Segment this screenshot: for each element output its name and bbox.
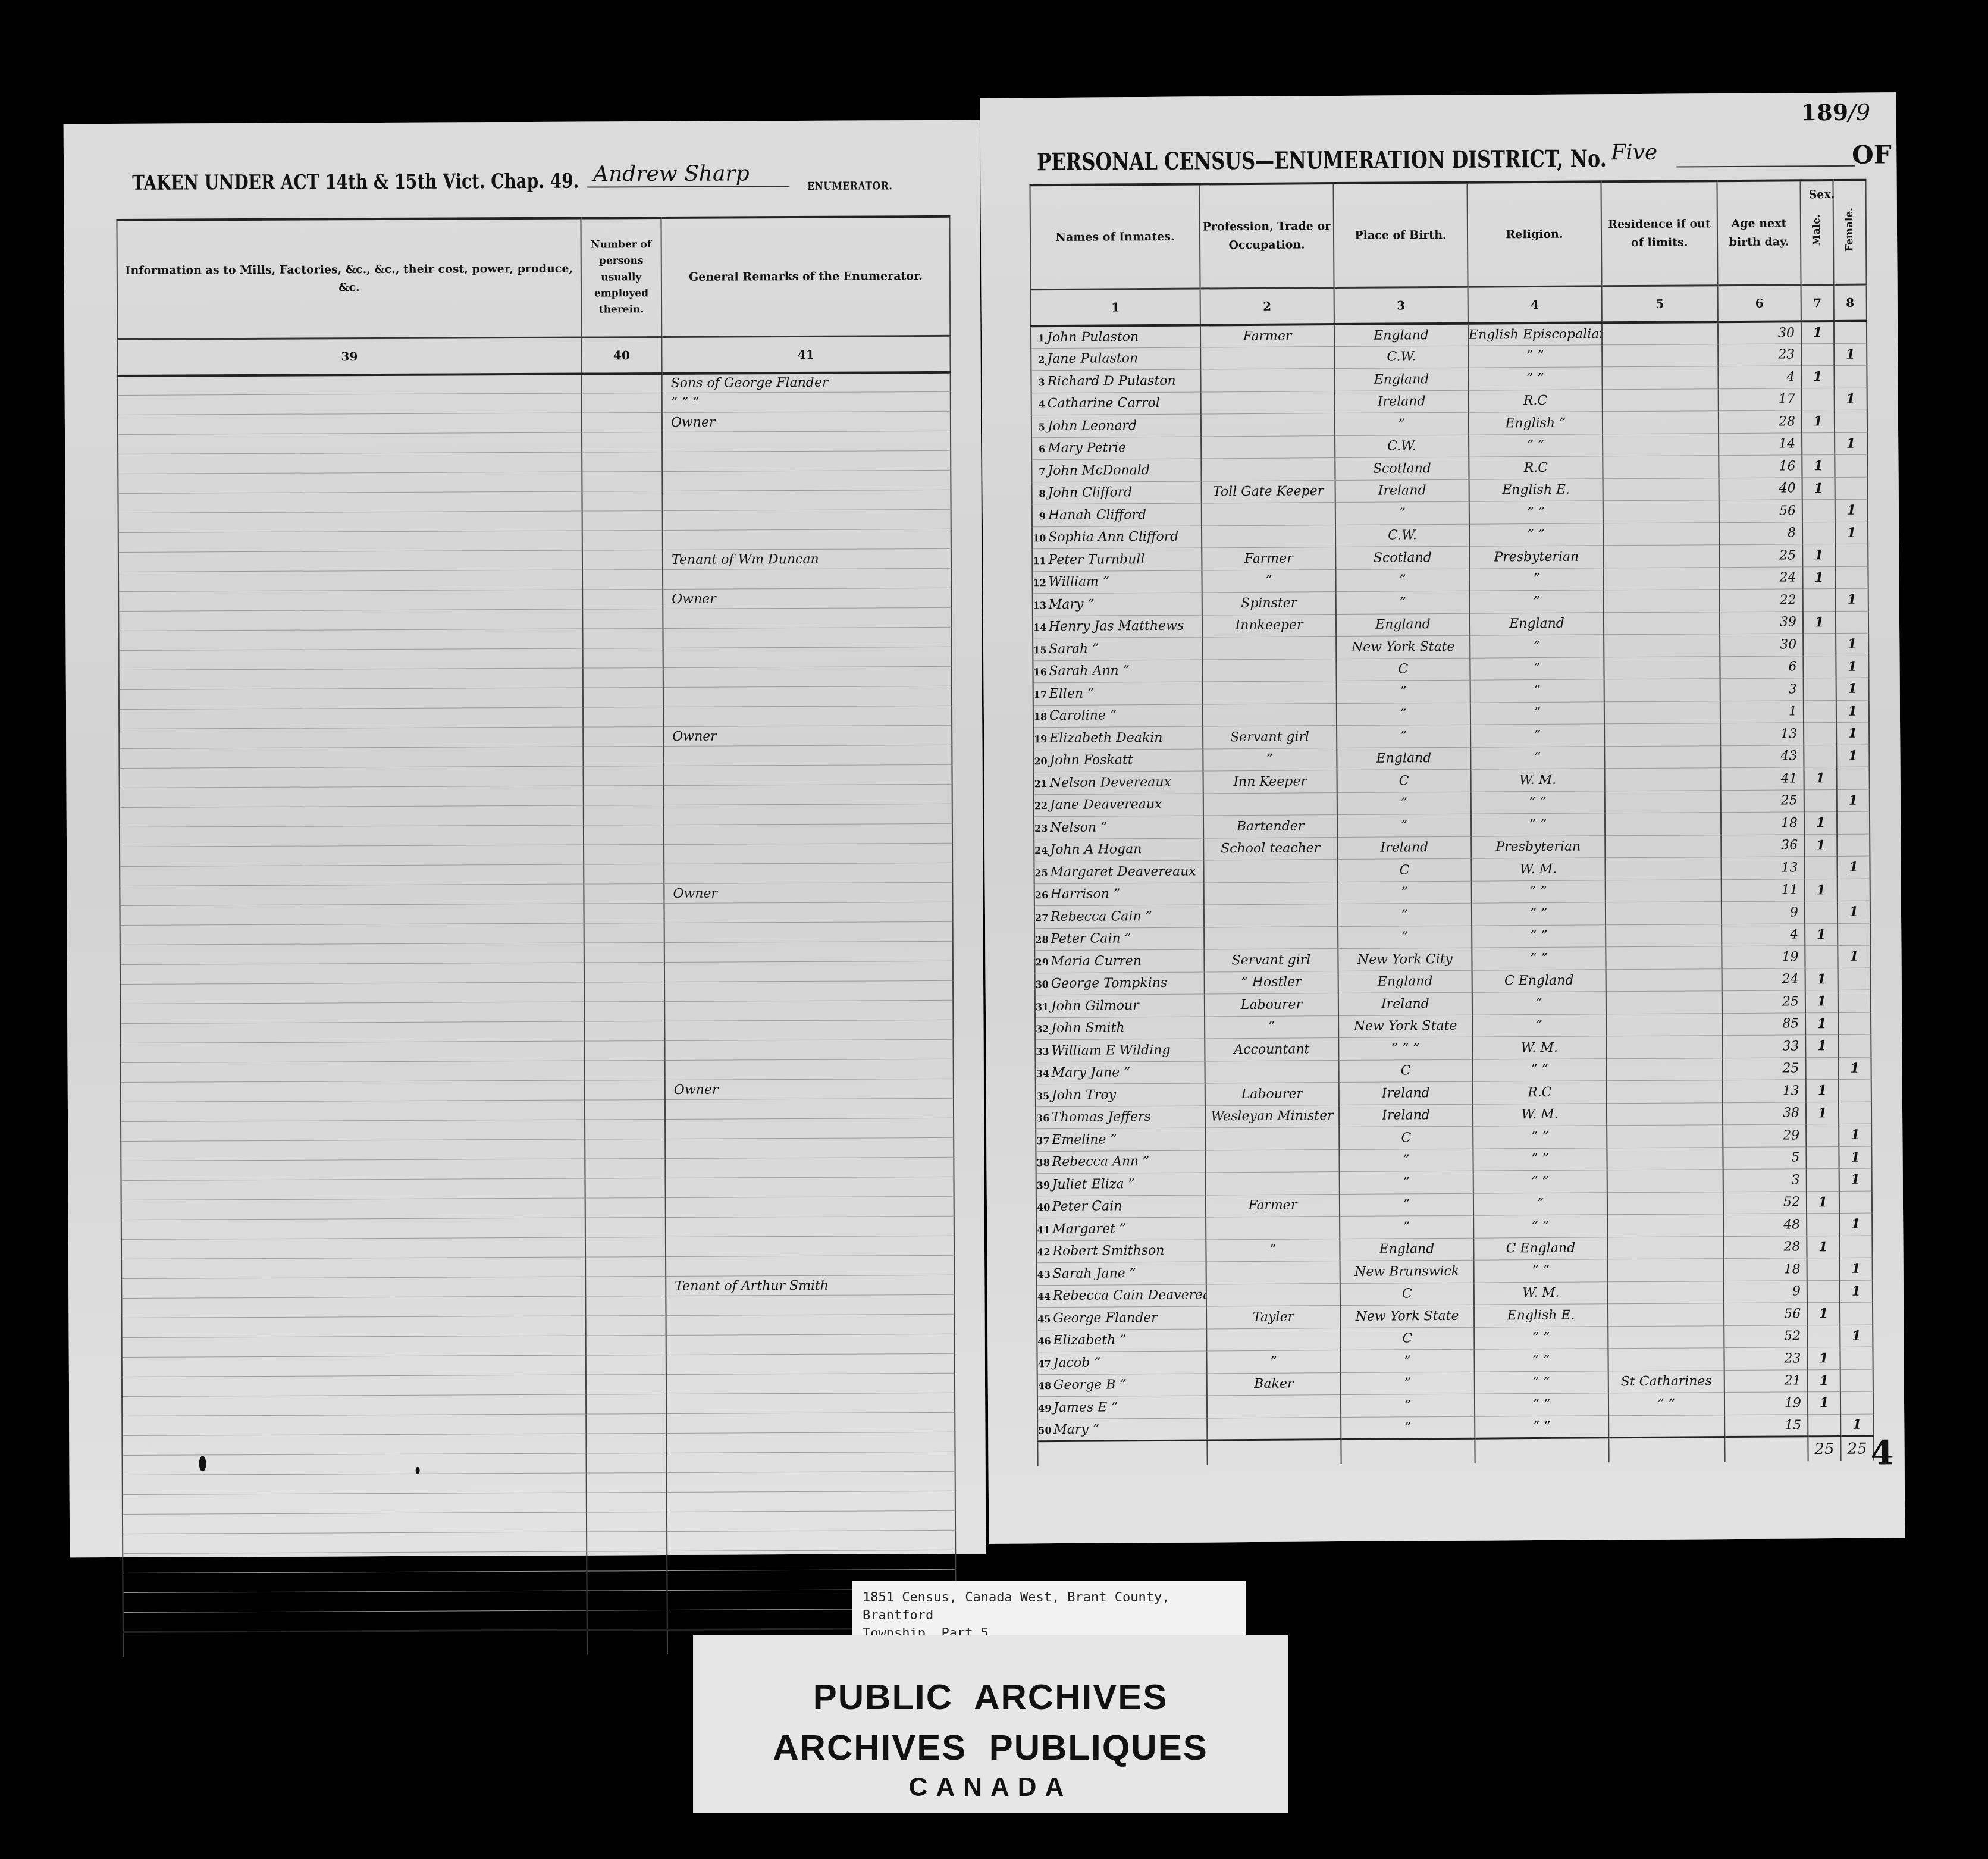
male-mark: 1 xyxy=(1801,365,1834,388)
employed-cell xyxy=(582,471,662,491)
male-mark: 1 xyxy=(1805,1012,1838,1035)
name-text: John Leonard xyxy=(1048,418,1137,434)
row-number: 41 xyxy=(1037,1224,1050,1236)
employed-cell xyxy=(584,982,664,1002)
name-text: Ellen ” xyxy=(1049,686,1095,701)
age-cell: 25 xyxy=(1721,789,1804,812)
birthplace-cell: England xyxy=(1334,368,1468,391)
birthplace-cell: C xyxy=(1337,858,1471,882)
mills-cell xyxy=(119,747,583,768)
residence-cell xyxy=(1607,1192,1723,1215)
occupation-cell: Spinster xyxy=(1202,592,1336,615)
mills-cell xyxy=(120,904,584,925)
religion-cell: English E. xyxy=(1469,478,1603,501)
mills-remarks-table: Information as to Mills, Factories, &c.,… xyxy=(116,215,957,1657)
mills-cell xyxy=(121,1061,585,1082)
row-number: 36 xyxy=(1036,1112,1049,1124)
act-title: TAKEN UNDER ACT 14th & 15th Vict. Chap. … xyxy=(132,170,579,195)
remark-cell xyxy=(664,823,952,844)
religion-cell: ” ” xyxy=(1469,523,1603,546)
residence-cell xyxy=(1606,1013,1722,1036)
inmate-name: 11Peter Turnbull xyxy=(1032,548,1202,571)
inmate-name: 31John Gilmour xyxy=(1035,994,1205,1017)
male-mark: 1 xyxy=(1808,1369,1840,1392)
age-cell: 28 xyxy=(1723,1236,1807,1258)
col-number-2: 2 xyxy=(1200,287,1334,325)
remark-cell xyxy=(663,666,952,687)
female-mark xyxy=(1834,321,1867,343)
remark-cell xyxy=(664,843,952,864)
inmate-name: 38Rebecca Ann ” xyxy=(1036,1150,1205,1173)
religion-cell: English E. xyxy=(1474,1304,1608,1327)
birthplace-cell: Ireland xyxy=(1335,390,1469,413)
female-mark xyxy=(1835,477,1868,500)
occupation-cell xyxy=(1201,458,1335,481)
remark-cell xyxy=(664,1020,953,1040)
employed-cell xyxy=(582,491,662,511)
birthplace-cell: ” xyxy=(1338,926,1472,949)
religion-cell: ” ” xyxy=(1474,1259,1608,1283)
male-mark xyxy=(1802,522,1835,544)
age-cell: 8 xyxy=(1719,522,1802,544)
col-number-7: 7 xyxy=(1801,284,1834,321)
age-cell: 23 xyxy=(1724,1347,1807,1370)
name-text: Jacob ” xyxy=(1053,1355,1101,1370)
inmate-name: 25Margaret Deavereaux xyxy=(1034,860,1203,883)
female-mark: 1 xyxy=(1835,499,1868,522)
mills-cell xyxy=(118,432,582,454)
religion-cell: R.C xyxy=(1473,1081,1607,1104)
employed-cell xyxy=(587,1472,667,1493)
inmate-name: 15Sarah ” xyxy=(1033,637,1202,660)
employed-cell xyxy=(584,1040,664,1061)
age-cell: 13 xyxy=(1720,723,1804,745)
remark-cell xyxy=(666,1412,955,1433)
birthplace-cell: ” xyxy=(1337,792,1471,815)
row-number: 50 xyxy=(1038,1425,1051,1436)
residence-cell xyxy=(1602,366,1718,390)
employed-cell xyxy=(584,1021,664,1041)
name-text: Thomas Jeffers xyxy=(1052,1109,1151,1125)
mills-cell xyxy=(121,1159,585,1180)
birthplace-cell: New York State xyxy=(1340,1305,1474,1328)
residence-cell xyxy=(1604,745,1720,769)
male-mark: 1 xyxy=(1807,1191,1839,1214)
employed-cell xyxy=(585,1217,666,1237)
remark-cell: ” ” ” xyxy=(662,391,951,412)
employed-cell xyxy=(582,550,663,570)
inmate-name: 1John Pulaston xyxy=(1031,325,1200,348)
mills-cell xyxy=(123,1493,587,1514)
remark-cell xyxy=(666,1236,954,1256)
name-text: John Foskatt xyxy=(1049,753,1133,768)
row-number: 18 xyxy=(1034,711,1047,722)
age-cell: 13 xyxy=(1721,857,1804,879)
birthplace-cell: Ireland xyxy=(1337,836,1471,860)
residence-cell xyxy=(1608,1259,1724,1282)
male-mark: 1 xyxy=(1806,1079,1839,1102)
male-mark: 1 xyxy=(1808,1391,1840,1414)
residence-cell xyxy=(1606,924,1722,947)
col-header-religion: Religion. xyxy=(1467,181,1601,286)
remark-cell xyxy=(663,607,951,628)
name-text: William E Wilding xyxy=(1051,1043,1170,1058)
religion-cell: ” ” xyxy=(1474,1326,1608,1349)
female-mark: 1 xyxy=(1836,700,1869,723)
occupation-cell: ” xyxy=(1203,748,1337,771)
inmate-name: 43Sarah Jane ” xyxy=(1037,1262,1206,1285)
inmate-name: 24John A Hogan xyxy=(1034,838,1203,861)
employed-cell xyxy=(586,1315,666,1336)
name-text: Henry Jas Matthews xyxy=(1049,619,1184,634)
row-number: 21 xyxy=(1034,778,1048,789)
residence-cell xyxy=(1607,1236,1723,1259)
remarks-rows: Sons of George Flander” ” ”OwnerTenant o… xyxy=(118,372,956,1632)
birthplace-cell: ” xyxy=(1337,814,1471,837)
employed-cell xyxy=(586,1374,666,1394)
occupation-cell xyxy=(1202,525,1335,548)
occupation-cell xyxy=(1203,792,1337,816)
male-mark xyxy=(1805,901,1838,923)
female-mark xyxy=(1840,1347,1873,1369)
row-number: 40 xyxy=(1037,1202,1050,1213)
col-number-39: 39 xyxy=(117,337,581,376)
name-text: Juliet Eliza ” xyxy=(1052,1177,1135,1192)
left-census-page: TAKEN UNDER ACT 14th & 15th Vict. Chap. … xyxy=(64,120,986,1558)
mills-cell xyxy=(123,1473,587,1494)
occupation-cell xyxy=(1206,1328,1340,1351)
remark-cell: Owner xyxy=(663,725,952,746)
remark-cell xyxy=(663,706,952,726)
row-number: 15 xyxy=(1033,644,1046,656)
female-mark: 1 xyxy=(1836,633,1868,656)
total-male: 25 xyxy=(1808,1436,1840,1461)
age-cell: 39 xyxy=(1720,611,1803,634)
remark-cell: Owner xyxy=(665,1079,954,1099)
male-mark xyxy=(1804,789,1837,812)
name-text: Nelson Devereaux xyxy=(1050,775,1171,791)
age-cell: 9 xyxy=(1722,901,1805,924)
tag-line-1: 1851 Census, Canada West, Brant County, … xyxy=(863,1589,1246,1625)
col-number-40: 40 xyxy=(581,337,661,374)
remark-cell xyxy=(666,1432,955,1453)
age-cell: 19 xyxy=(1722,946,1805,968)
male-mark xyxy=(1805,945,1838,968)
name-text: Rebecca Cain Deavereaux xyxy=(1053,1287,1206,1303)
employed-cell xyxy=(587,1453,667,1473)
male-mark: 1 xyxy=(1802,410,1835,432)
residence-cell xyxy=(1606,1036,1722,1059)
employed-cell xyxy=(582,393,662,413)
name-text: Elizabeth ” xyxy=(1053,1333,1126,1349)
mills-cell xyxy=(121,1277,585,1298)
mills-cell xyxy=(121,1296,585,1318)
female-mark xyxy=(1839,1102,1871,1124)
inmate-name: 17Ellen ” xyxy=(1033,682,1203,705)
employed-cell xyxy=(586,1355,666,1375)
inmate-name: 47Jacob ” xyxy=(1037,1351,1206,1374)
religion-cell: ” ” xyxy=(1471,791,1605,814)
female-mark: 1 xyxy=(1836,745,1869,767)
male-mark xyxy=(1804,722,1836,745)
religion-cell: ” ” xyxy=(1472,947,1606,970)
birthplace-cell: ” xyxy=(1338,881,1472,904)
mills-cell xyxy=(122,1394,586,1416)
inmate-name: 34Mary Jane ” xyxy=(1035,1061,1205,1084)
remark-cell xyxy=(664,980,953,1001)
row-number: 38 xyxy=(1036,1157,1049,1168)
employed-cell xyxy=(585,1099,665,1120)
occupation-cell: Servant girl xyxy=(1204,949,1338,972)
inmate-name: 18Caroline ” xyxy=(1033,704,1203,727)
religion-cell: W. M. xyxy=(1472,1036,1606,1059)
remark-cell xyxy=(666,1353,955,1374)
employed-cell xyxy=(583,648,663,668)
male-mark: 1 xyxy=(1805,968,1838,990)
inmate-name: 35John Troy xyxy=(1036,1083,1205,1106)
mills-cell xyxy=(119,688,583,709)
row-number: 1 xyxy=(1031,333,1045,344)
birthplace-cell: C.W. xyxy=(1334,346,1468,369)
male-mark xyxy=(1806,1124,1839,1146)
birthplace-cell: ” xyxy=(1341,1394,1475,1417)
residence-cell xyxy=(1603,478,1719,501)
district-number: Five xyxy=(1611,140,1657,165)
mills-cell xyxy=(123,1532,587,1553)
mills-cell xyxy=(118,590,582,611)
row-number: 22 xyxy=(1034,800,1048,811)
row-number: 6 xyxy=(1032,443,1045,454)
personal-census-table: Names of Inmates. Profession, Trade or O… xyxy=(1029,179,1874,1466)
religion-cell: W. M. xyxy=(1474,1281,1608,1305)
remark-cell xyxy=(667,1471,955,1492)
row-number: 45 xyxy=(1037,1313,1051,1325)
mills-cell xyxy=(120,845,584,866)
inmate-name: 20John Foskatt xyxy=(1033,748,1203,772)
religion-cell: ” xyxy=(1470,590,1604,613)
row-number: 8 xyxy=(1033,488,1046,499)
mills-cell xyxy=(118,550,582,572)
inmate-name: 44Rebecca Cain Deavereaux xyxy=(1037,1284,1206,1307)
mills-cell xyxy=(121,1120,585,1141)
remark-cell xyxy=(665,1157,954,1178)
col-number-3: 3 xyxy=(1334,287,1468,324)
name-text: Richard D Pulaston xyxy=(1047,373,1175,388)
residence-cell xyxy=(1603,545,1719,568)
religion-cell: England xyxy=(1470,612,1604,635)
employed-cell xyxy=(584,825,664,845)
residence-cell xyxy=(1605,790,1721,813)
row-number: 27 xyxy=(1035,912,1048,923)
male-mark: 1 xyxy=(1804,767,1836,789)
age-cell: 29 xyxy=(1723,1124,1806,1147)
male-mark: 1 xyxy=(1802,454,1835,477)
residence-cell xyxy=(1603,456,1719,479)
inmate-name: 45George Flander xyxy=(1037,1306,1206,1330)
residence-cell xyxy=(1607,1102,1723,1126)
birthplace-cell: C.W. xyxy=(1335,524,1469,547)
age-cell: 18 xyxy=(1721,812,1804,835)
remark-cell: Sons of George Flander xyxy=(662,372,951,393)
employed-cell xyxy=(585,1197,666,1218)
religion-cell: ” ” xyxy=(1475,1393,1608,1416)
row-number: 39 xyxy=(1037,1180,1050,1191)
mills-cell xyxy=(120,963,584,984)
female-mark: 1 xyxy=(1840,1280,1873,1303)
remark-cell xyxy=(663,764,952,785)
mills-cell xyxy=(123,1571,587,1592)
row-number: 47 xyxy=(1038,1358,1051,1369)
female-mark xyxy=(1839,1079,1871,1102)
employed-cell xyxy=(582,589,663,609)
residence-cell xyxy=(1603,567,1719,590)
employed-cell xyxy=(583,687,663,707)
occupation-cell xyxy=(1204,882,1338,905)
remark-cell xyxy=(663,745,952,766)
residence-cell xyxy=(1608,1348,1724,1371)
residence-cell xyxy=(1602,344,1718,367)
remark-cell xyxy=(666,1255,954,1276)
occupation-cell: ” xyxy=(1206,1239,1340,1262)
mills-cell xyxy=(118,374,582,395)
female-mark xyxy=(1835,454,1867,477)
male-mark xyxy=(1802,432,1835,455)
employed-cell xyxy=(586,1433,666,1453)
age-cell: 56 xyxy=(1719,500,1802,522)
occupation-cell xyxy=(1201,413,1335,437)
residence-cell xyxy=(1604,656,1720,679)
male-mark: 1 xyxy=(1805,990,1838,1012)
birthplace-cell: ” xyxy=(1340,1215,1473,1239)
occupation-cell: Wesleyan Minister xyxy=(1205,1105,1339,1128)
residence-cell xyxy=(1607,1080,1723,1104)
religion-cell: ” xyxy=(1470,746,1604,769)
mills-cell xyxy=(120,1002,584,1023)
col-header-occupation: Profession, Trade or Occupation. xyxy=(1199,183,1334,288)
row-number: 43 xyxy=(1037,1269,1051,1280)
birthplace-cell: England xyxy=(1340,1238,1473,1261)
male-mark: 1 xyxy=(1802,544,1835,566)
religion-cell: English ” xyxy=(1469,412,1603,435)
remark-cell: Owner xyxy=(664,882,952,903)
mills-cell xyxy=(121,1178,585,1200)
remark-cell: Tenant of Arthur Smith xyxy=(666,1275,954,1296)
name-text: Rebecca Cain ” xyxy=(1051,909,1152,924)
male-mark xyxy=(1802,499,1835,522)
remark-cell xyxy=(663,627,951,648)
occupation-cell: Servant girl xyxy=(1203,726,1337,749)
age-cell: 25 xyxy=(1722,1057,1805,1080)
male-mark xyxy=(1801,343,1834,366)
col-header-age: Age next birth day. xyxy=(1717,180,1801,285)
name-text: John A Hogan xyxy=(1050,842,1142,857)
female-mark xyxy=(1837,834,1870,857)
age-cell: 21 xyxy=(1724,1369,1808,1392)
mills-cell xyxy=(120,982,584,1004)
male-mark: 1 xyxy=(1807,1236,1839,1258)
employed-cell xyxy=(583,707,663,727)
name-text: Mary ” xyxy=(1049,597,1095,612)
female-mark xyxy=(1840,1369,1873,1392)
occupation-cell xyxy=(1207,1395,1341,1418)
page-number: 189/9 xyxy=(1801,99,1871,126)
mills-cell xyxy=(122,1375,586,1396)
age-cell: 15 xyxy=(1724,1414,1808,1437)
employed-cell xyxy=(583,726,663,747)
religion-cell: ” ” xyxy=(1472,902,1606,926)
employed-cell xyxy=(585,1119,665,1139)
district-blank-line xyxy=(1676,165,1855,168)
row-number: 13 xyxy=(1033,600,1046,611)
remark-cell xyxy=(663,529,951,550)
remark-cell xyxy=(666,1334,955,1355)
row-number: 31 xyxy=(1036,1001,1049,1012)
census-title: PERSONAL CENSUS—ENUMERATION DISTRICT, No… xyxy=(1037,145,1607,176)
age-cell: 17 xyxy=(1719,388,1802,410)
occupation-cell: Labourer xyxy=(1205,1083,1339,1106)
religion-cell: ” ” xyxy=(1472,1058,1606,1081)
mills-cell xyxy=(118,629,582,650)
birthplace-cell: ” xyxy=(1336,591,1470,614)
occupation-cell: Toll Gate Keeper xyxy=(1202,480,1335,503)
employed-cell xyxy=(582,530,663,550)
occupation-cell: Bartender xyxy=(1203,815,1337,838)
inmate-name: 5John Leonard xyxy=(1031,414,1201,437)
mills-cell xyxy=(123,1551,587,1573)
mills-cell xyxy=(118,511,582,532)
employed-cell xyxy=(582,609,663,629)
religion-cell: English Episcopalian xyxy=(1468,322,1602,346)
female-mark: 1 xyxy=(1835,388,1867,410)
religion-cell: ” ” xyxy=(1468,367,1602,390)
male-mark: 1 xyxy=(1804,834,1837,857)
inmate-name: 32John Smith xyxy=(1035,1016,1205,1039)
employed-cell xyxy=(587,1492,667,1512)
residence-cell xyxy=(1605,835,1721,858)
inmate-name: 40Peter Cain xyxy=(1036,1195,1206,1218)
female-mark: 1 xyxy=(1838,1057,1871,1080)
occupation-cell xyxy=(1201,391,1335,414)
mills-cell xyxy=(118,570,582,591)
religion-cell: R.C xyxy=(1469,389,1603,412)
row-number: 44 xyxy=(1037,1291,1051,1302)
inmate-name: 26Harrison ” xyxy=(1034,882,1204,905)
occupation-cell xyxy=(1206,1283,1340,1306)
birthplace-cell: England xyxy=(1336,613,1470,637)
remark-cell: Tenant of Wm Duncan xyxy=(663,548,951,569)
mills-cell xyxy=(120,786,584,807)
birthplace-cell: England xyxy=(1338,970,1472,993)
inmate-name: 4Catharine Carrol xyxy=(1031,391,1201,415)
name-text: Mary ” xyxy=(1053,1422,1099,1437)
label-line-country: CANADA xyxy=(693,1773,1288,1802)
employed-cell xyxy=(582,373,662,393)
inmate-name: 30George Tompkins xyxy=(1035,971,1205,995)
occupation-cell xyxy=(1205,1127,1339,1150)
col-header-birthplace: Place of Birth. xyxy=(1333,183,1468,287)
birthplace-cell: ” xyxy=(1335,501,1469,525)
female-mark xyxy=(1835,544,1868,566)
religion-cell: ” xyxy=(1473,1192,1607,1215)
male-mark: 1 xyxy=(1801,321,1834,343)
religion-cell: ” ” xyxy=(1475,1415,1608,1438)
row-number: 16 xyxy=(1033,666,1046,678)
residence-cell xyxy=(1603,500,1719,523)
col-number-5: 5 xyxy=(1602,285,1718,322)
residence-cell xyxy=(1604,768,1720,791)
remark-cell xyxy=(662,490,951,510)
religion-cell: W. M. xyxy=(1471,858,1605,881)
